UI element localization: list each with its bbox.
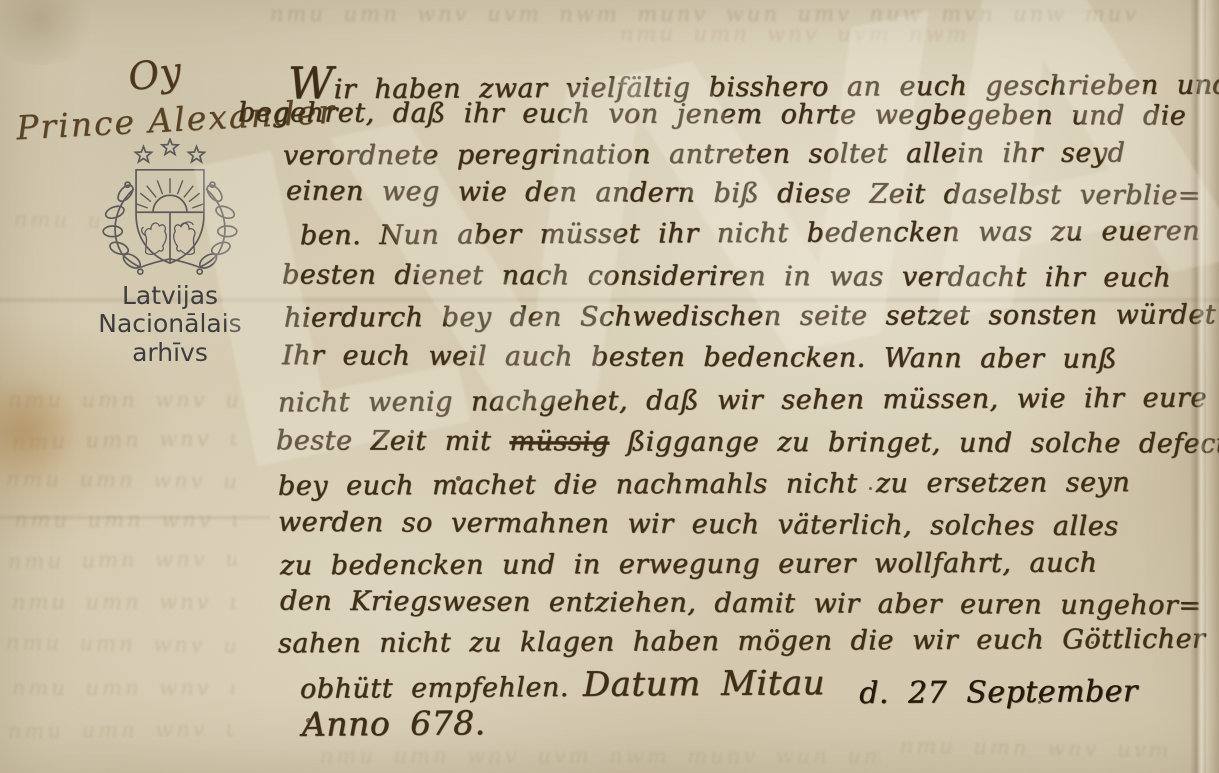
vertical-fold-crease: [1190, 0, 1206, 773]
bleedthrough-line: nmu umn wnv uvm nwm munv wun umv nuw mvn…: [6, 630, 236, 657]
corner-stain: [0, 0, 100, 65]
bleedthrough-line: nmu umn wnv uvm nwm munv wun umv nuw mvn…: [320, 744, 880, 768]
manuscript-scan: { "archive": { "name_line1": "Latvijas N…: [0, 0, 1219, 773]
bleedthrough-line: nmu umn wnv uvm nwm munv wun umv nuw mvn…: [12, 676, 234, 700]
dateline-day-month: d. 27 September: [859, 674, 1138, 711]
watermark-letters: LVVA: [146, 0, 1114, 539]
letter-line-13: zu bedencken und in erwegung eurer wollf…: [280, 548, 1098, 582]
acorn-icon: [138, 269, 143, 274]
letter-dateline: obhütt empfehlen.Datum Mitaud. 27 Septem…: [300, 661, 1138, 707]
bleedthrough-line: nmu umn wnv uvm nwm munv wun umv nuw mvn…: [12, 590, 236, 614]
paper-right-edge: [1206, 0, 1219, 773]
bleedthrough-line: nmu umn wnv uvm nwm munv wun umv nuw mvn…: [8, 547, 236, 574]
dateline-prefix: obhütt empfehlen.: [300, 672, 569, 705]
star-icon: [135, 146, 151, 161]
letter-line-14: den Kriegswesen entziehen, damit wir abe…: [280, 586, 1202, 622]
edge-stain: [0, 375, 80, 485]
bleedthrough-line: nmu umn wnv uvm nwm munv wun umv nuw mvn…: [900, 734, 1180, 763]
bleedthrough-line: nmu umn wnv uvm nwm munv wun umv nuw mvn…: [8, 717, 234, 743]
letter-year-line: Anno 678.: [302, 703, 486, 744]
letter-line-15: sahen nicht zu klagen haben mögen die wi…: [278, 624, 1206, 660]
dateline-datum-mitau: Datum Mitau: [583, 663, 825, 705]
